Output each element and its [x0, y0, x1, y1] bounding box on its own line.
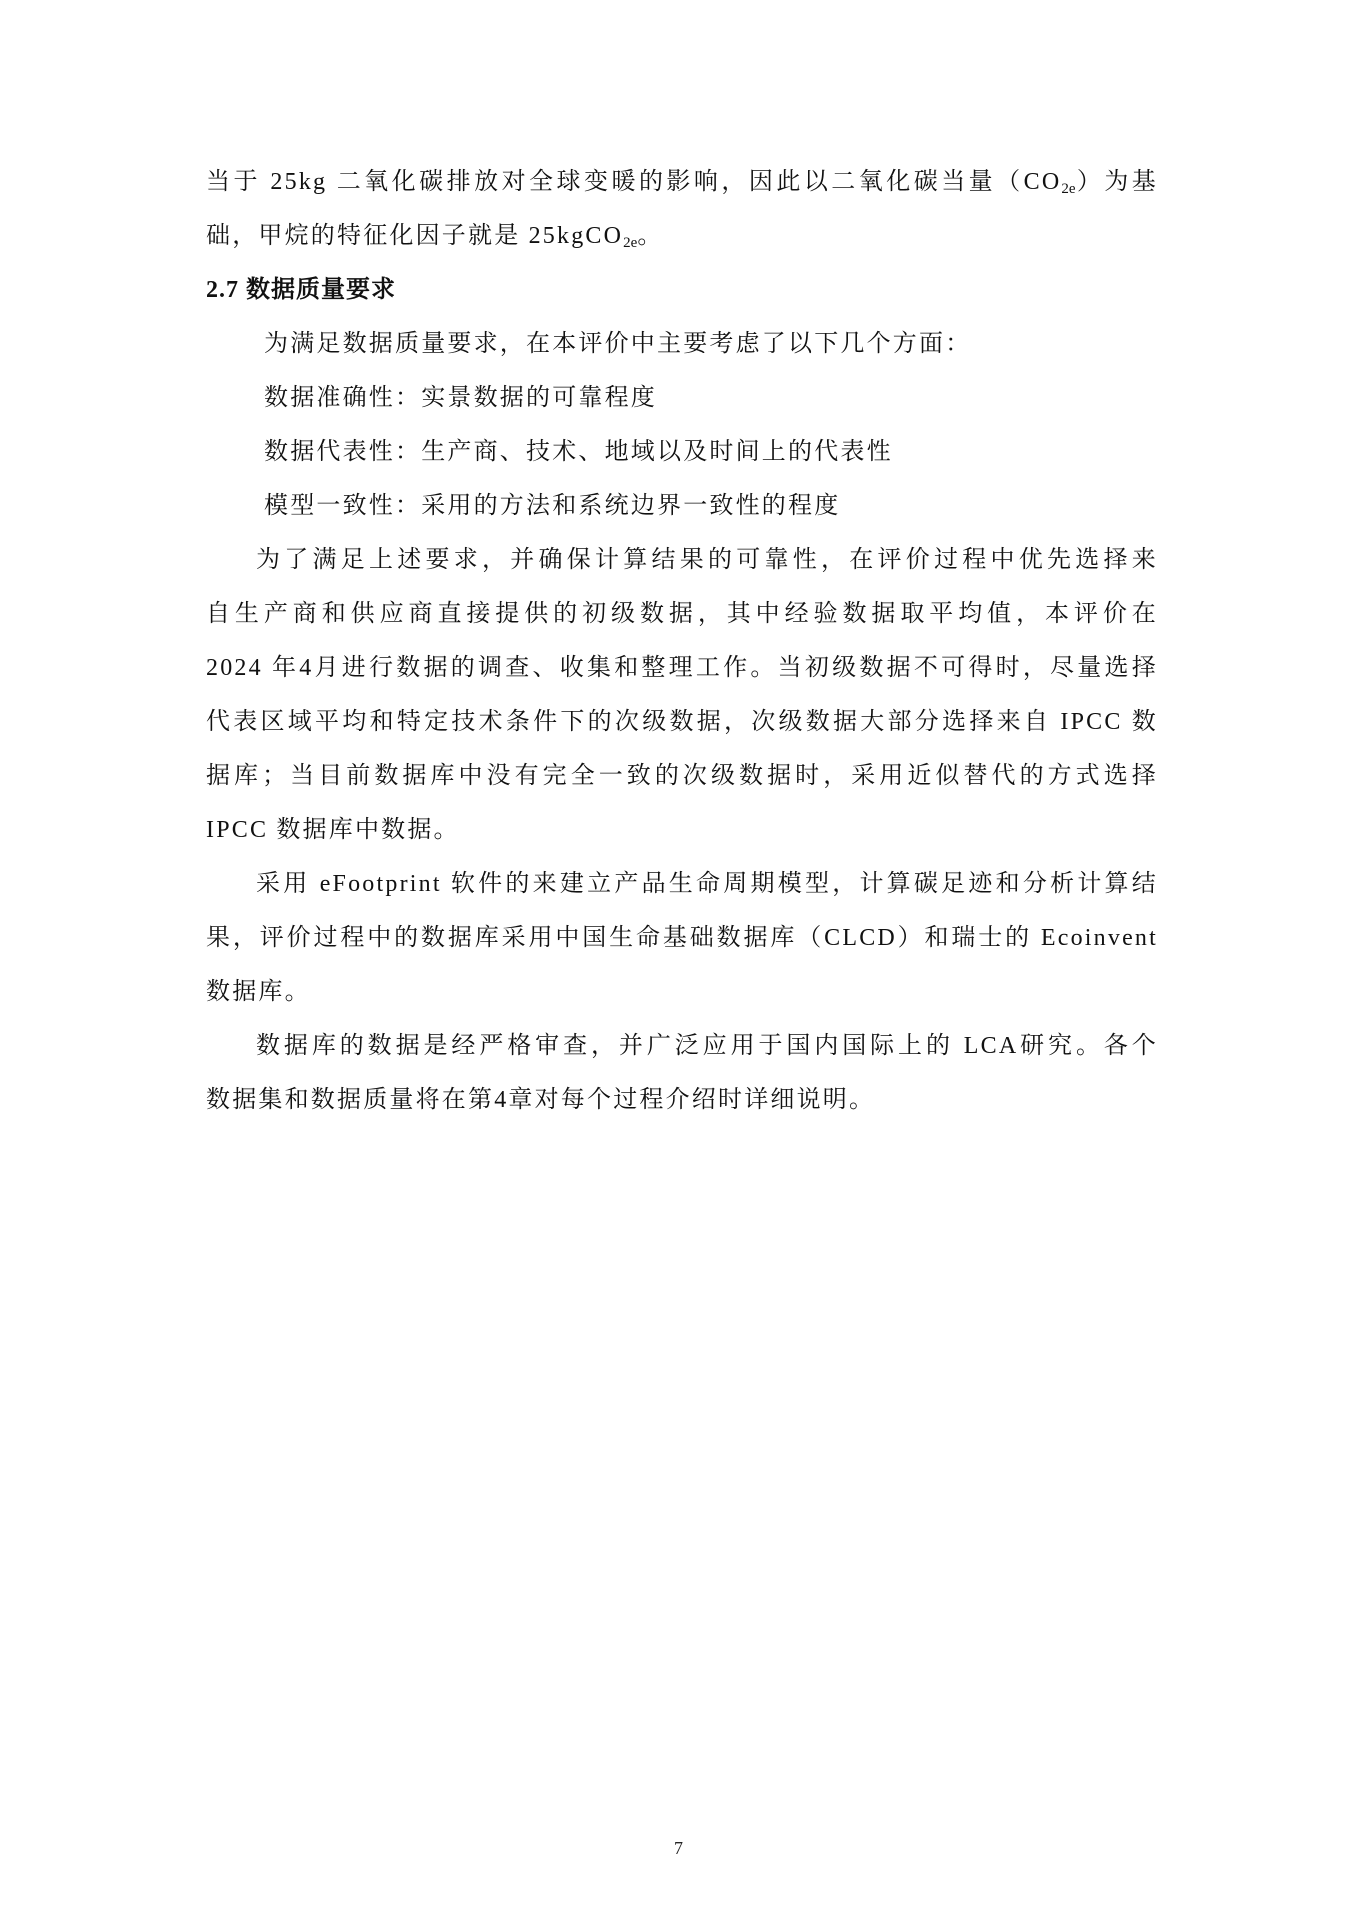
paragraph-1-line: IPCC 数据库中数据。	[206, 803, 1158, 857]
criteria-item-consistency: 模型一致性：采用的方法和系统边界一致性的程度	[206, 479, 1158, 533]
paragraph-1-line: 2024 年4月进行数据的调查、收集和整理工作。当初级数据不可得时，尽量选择	[206, 641, 1158, 695]
paragraph-1-line: 代表区域平均和特定技术条件下的次级数据，次级数据大部分选择来自 IPCC 数	[206, 695, 1158, 749]
subscript: 2e	[623, 235, 637, 251]
text-segment: ）为基	[1076, 169, 1158, 195]
paragraph-2-line: 果，评价过程中的数据库采用中国生命基础数据库（CLCD）和瑞士的 Ecoinve…	[206, 911, 1158, 965]
intro-line-1: 当于 25kg 二氧化碳排放对全球变暖的影响，因此以二氧化碳当量（CO2e）为基	[206, 155, 1158, 209]
criteria-intro: 为满足数据质量要求，在本评价中主要考虑了以下几个方面：	[206, 317, 1158, 371]
paragraph-2-line: 采用 eFootprint 软件的来建立产品生命周期模型，计算碳足迹和分析计算结	[206, 857, 1158, 911]
paragraph-1-line: 自生产商和供应商直接提供的初级数据，其中经验数据取平均值，本评价在	[206, 587, 1158, 641]
intro-line-2: 础，甲烷的特征化因子就是 25kgCO2e。	[206, 209, 1158, 263]
text-segment: 础，甲烷的特征化因子就是 25kgCO	[206, 223, 623, 249]
page-number: 7	[0, 1838, 1357, 1859]
document-page: 当于 25kg 二氧化碳排放对全球变暖的影响，因此以二氧化碳当量（CO2e）为基…	[206, 155, 1158, 1127]
section-heading: 2.7 数据质量要求	[206, 263, 1158, 317]
paragraph-3-line: 数据库的数据是经严格审查，并广泛应用于国内国际上的 LCA研究。各个	[206, 1019, 1158, 1073]
paragraph-1-line: 据库；当目前数据库中没有完全一致的次级数据时，采用近似替代的方式选择	[206, 749, 1158, 803]
paragraph-2-line: 数据库。	[206, 965, 1158, 1019]
criteria-item-representativeness: 数据代表性：生产商、技术、地域以及时间上的代表性	[206, 425, 1158, 479]
text-segment: 。	[637, 223, 663, 249]
subscript: 2e	[1061, 181, 1075, 197]
text-segment: 当于 25kg 二氧化碳排放对全球变暖的影响，因此以二氧化碳当量（CO	[206, 169, 1061, 195]
criteria-item-accuracy: 数据准确性：实景数据的可靠程度	[206, 371, 1158, 425]
paragraph-3-line: 数据集和数据质量将在第4章对每个过程介绍时详细说明。	[206, 1073, 1158, 1127]
paragraph-1-line: 为了满足上述要求，并确保计算结果的可靠性，在评价过程中优先选择来	[206, 533, 1158, 587]
